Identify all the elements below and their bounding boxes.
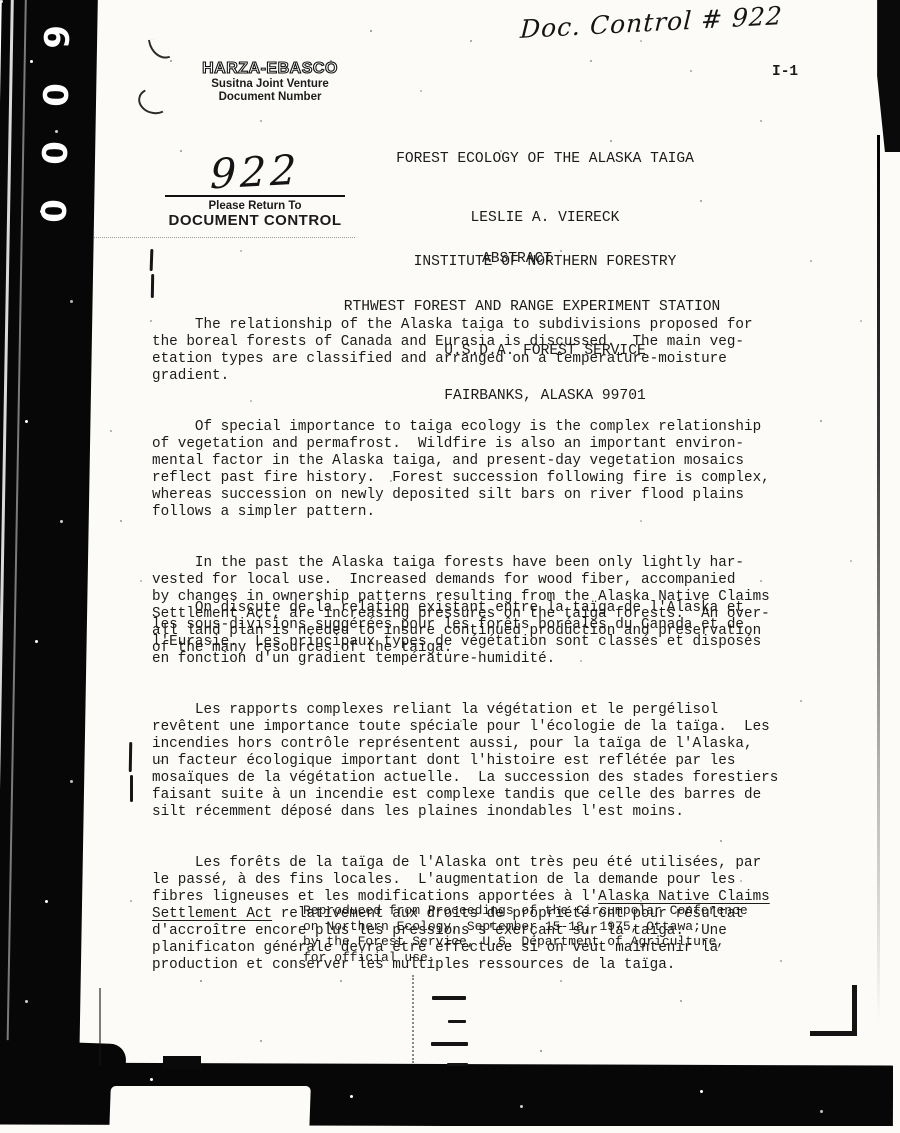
stamp-rule-line (165, 195, 345, 197)
registration-dash (448, 1020, 466, 1023)
scan-tab-mark (163, 1056, 201, 1069)
registration-dash (431, 1042, 468, 1046)
margin-pen-stroke (130, 775, 133, 802)
margin-pen-stroke (150, 249, 154, 271)
company-stamp: HARZA-EBASCO Susitna Joint Venture Docum… (185, 60, 355, 103)
scanned-page: 6 0 0 0 Doc. Control # 922 I-1 HARZA-EBA… (0, 0, 900, 1133)
resume-paragraph-2: Les rapports complexes reliant la végéta… (152, 702, 797, 821)
abstract-paragraph-1: The relationship of the Alaska taiga to … (152, 317, 797, 385)
faint-vertical-line (99, 988, 101, 1066)
underlined-act-name-2: Settlement Act (152, 906, 272, 922)
return-stamp-line2: DOCUMENT CONTROL (165, 212, 345, 229)
pen-scribble (135, 85, 172, 118)
handwritten-document-number: 922 (210, 146, 301, 199)
abstract-heading: ABSTRACT (482, 251, 552, 267)
scan-bottom-margin (300, 1126, 900, 1133)
film-digit: 0 (34, 75, 75, 116)
film-digit: 0 (33, 133, 74, 174)
film-digit: 0 (32, 191, 73, 232)
return-stamp-line1: Please Return To (165, 200, 345, 212)
abstract-paragraph-2: Of special importance to taiga ecology i… (152, 419, 797, 521)
pen-scribble (148, 36, 170, 61)
return-stamp: Please Return To DOCUMENT CONTROL (165, 195, 345, 229)
scan-bottom-notch (109, 1086, 311, 1133)
registration-dash (447, 1063, 468, 1066)
film-edge-strip: 6 0 0 0 (0, 0, 98, 1095)
stamp-doc-number-label: Document Number (185, 91, 355, 104)
film-edge-line (0, 0, 14, 1093)
handwritten-doc-control-note: Doc. Control # 922 (519, 1, 783, 44)
faint-dotted-line (35, 237, 355, 238)
stamp-venture-line: Susitna Joint Venture (185, 78, 355, 91)
margin-pen-stroke (129, 742, 133, 772)
scan-edge-wedge (874, 0, 900, 152)
paper-title: FOREST ECOLOGY OF THE ALASKA TAIGA (320, 152, 770, 167)
film-digit: 6 (35, 17, 76, 58)
page-number: I-1 (772, 64, 798, 80)
reproduction-credit: Reproduced from Proceedings of the Circu… (303, 903, 748, 965)
corner-bracket-mark (810, 985, 857, 1036)
scan-edge-line (877, 135, 880, 1025)
resume-paragraph-1: On discute de la relation existant entre… (152, 600, 797, 668)
scan-white-specks (0, 0, 3, 3)
author-name: LESLIE A. VIERECK (320, 211, 770, 226)
stamp-company-name: HARZA-EBASCO (185, 60, 355, 78)
scan-bottom-margin-right (893, 1060, 900, 1133)
